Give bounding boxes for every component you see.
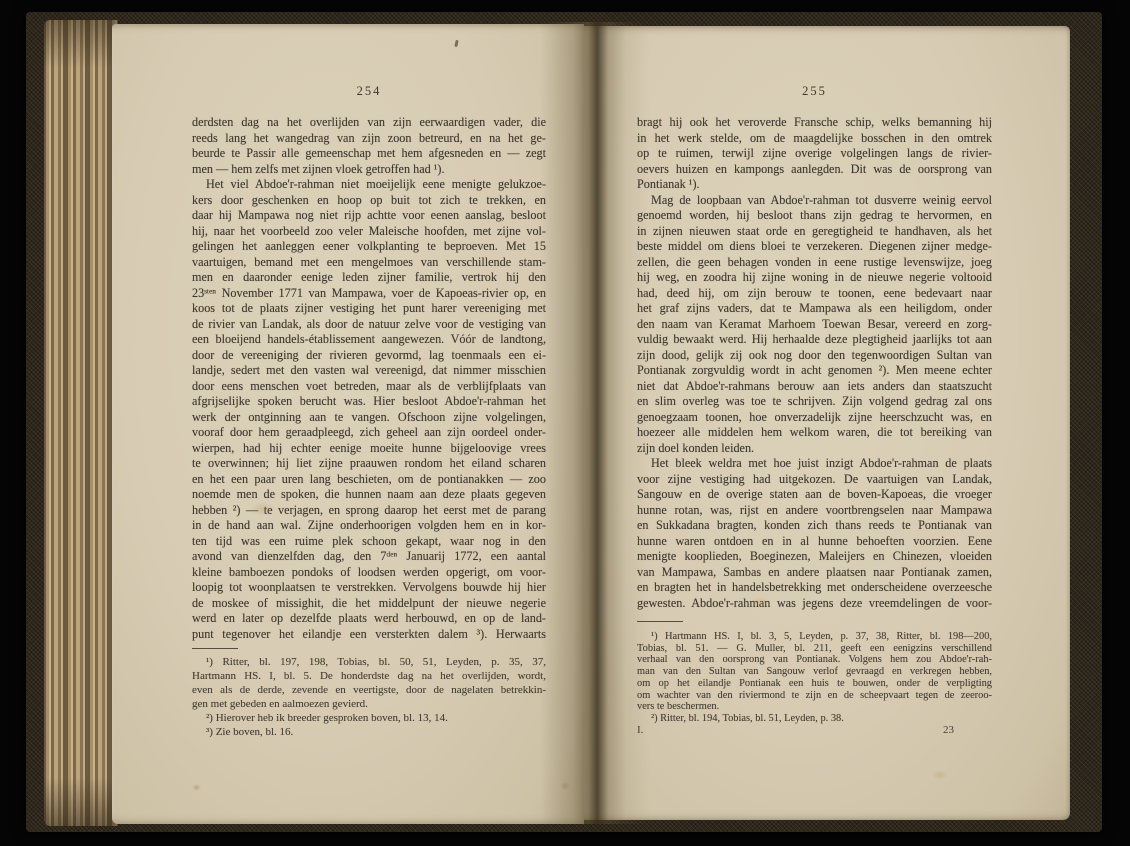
text-line: genoemd worden, hij besloot thans zijn g… [637,208,992,224]
right-page-number: 255 [637,84,992,99]
text-line: en slim overleg was toe te schrijven. Zi… [637,394,992,410]
signature-row: I. 23 [637,724,992,736]
text-line: afgrijselijke spoken berucht was. Hier b… [192,394,546,410]
text-line: het graf zijns vaders, dat te Mampawa al… [637,301,992,317]
text-line: de rivier van Landak, als door de natuur… [192,317,546,333]
text-line: even als de derde, zevende en veertigste… [192,683,546,697]
right-page-footnotes: ¹) Hartmann HS. I, bl. 3, 5, Leyden, p. … [637,631,992,725]
text-line: punt tegenover het eilandje een versterk… [192,627,546,643]
text-line: loopig tot woonplaatsen te verstrekken. … [192,580,546,596]
left-page-number: 254 [192,84,546,99]
text-line: had, deed hij, om zijn berouw te toonen,… [637,286,992,302]
text-line: gen met gebeden en aalmoezen gevierd. [192,697,546,711]
text-line: en bragten het in handelsbetrekking met … [637,580,992,596]
text-line: reeds lang het wangedrag van zijn zoon b… [192,131,546,147]
text-line: om op het eilandje Pontianak een huis te… [637,678,992,690]
text-line: oevers huizen en kampongs aanlegden. Dit… [637,162,992,178]
text-line: Tobias, bl. 51. — G. Muller, bl. 211, ge… [637,643,992,655]
text-line: avond van dienzelfden dag, den 7ᵈᵉⁿ Janu… [192,549,546,565]
text-line: zellen, die geen behagen vonden in eene … [637,255,992,271]
text-line: zijn doel konden leiden. [637,441,992,457]
text-line: zijn dood, gelijk zij ook nog door den t… [637,348,992,364]
text-line: verhaal van den oorsprong van Pontianak.… [637,654,992,666]
left-page-footnotes: ¹) Ritter, bl. 197, 198, Tobias, bl. 50,… [192,655,546,739]
left-page: 254 derdsten dag na het overlijden van z… [112,24,584,824]
text-line: en het een paar uren lang beschieten, om… [192,472,546,488]
text-line: hij, naar het voorbeeld zoo veler Maleis… [192,224,546,240]
text-line: man van den Sultan van Sangouw verlof ge… [637,666,992,678]
text-line: werd en later op dezelfde plaats werd he… [192,611,546,627]
text-line: vuldig bewaakt werd. Hij herhaalde deze … [637,332,992,348]
text-line: bragt hij ook het veroverde Fransche sch… [637,115,992,131]
text-line: Hartmann HS. I, bl. 5. De honderdste dag… [192,669,546,683]
text-line: ¹) Ritter, bl. 197, 198, Tobias, bl. 50,… [192,655,546,669]
text-line: Sangouw en de overige staten aan de bove… [637,487,992,503]
text-line: kers door geschenken en hoop op buit tot… [192,193,546,209]
text-line: om wachter van den riviermond te zijn en… [637,690,992,702]
page-stain [932,770,948,780]
text-line: werk der ontginning aan te vangen. Ofsch… [192,410,546,426]
text-line: den naam van Keramat Marhoem Toewan Besa… [637,317,992,333]
text-line: door eens menschen voet betreden, maar a… [192,379,546,395]
text-line: voor zijne vestiging had uitgekozen. De … [637,472,992,488]
text-line: hunne waren ontdoen en in al hunne behoe… [637,534,992,550]
text-line: in het werk stelde, om de maagdelijke bo… [637,131,992,147]
left-page-body-text: derdsten dag na het overlijden van zijn … [192,115,546,642]
text-line: derdsten dag na het overlijden van zijn … [192,115,546,131]
text-line: door de vereeniging der rivieren gevormd… [192,348,546,364]
text-line: Pontianak zorgvuldig wordt in acht genom… [637,363,992,379]
text-line: op te ruimen, terwijl zijne overige volg… [637,146,992,162]
text-line: menigte kooplieden, Boeginezen, Maleijer… [637,549,992,565]
text-line: in de hand aan wal. Zijne onderhoorigen … [192,518,546,534]
text-line: ¹) Hartmann HS. I, bl. 3, 5, Leyden, p. … [637,631,992,643]
text-line: hij weg, en zoodra hij zijne woning in d… [637,270,992,286]
volume-signature: I. [637,724,643,736]
text-line: in zijnen nieuwen staat orde en geregtig… [637,224,992,240]
text-line: 23ˢᵗᵉⁿ November 1771 van Mampawa, voer d… [192,286,546,302]
text-line: hoezeer alle middelen hem welkom waren, … [637,425,992,441]
right-page: 255 bragt hij ook het veroverde Fransche… [584,26,1070,820]
text-line: Het viel Abdoe'r-rahman niet moeijelijk … [192,177,546,193]
right-page-body-text: bragt hij ook het veroverde Fransche sch… [637,115,992,611]
text-line: Het bleek weldra met hoe juist inzigt Ab… [637,456,992,472]
text-line: ³) Zie boven, bl. 16. [192,725,546,739]
text-line: hebben ²) — te verjagen, en sprong daaro… [192,503,546,519]
text-line: kleine bamboezen pondoks of loodsen werd… [192,565,546,581]
page-fore-edge-stack [44,20,118,826]
page-stain [560,782,570,790]
text-line: gewesten. Abdoe'r-rahman was jegens deze… [637,596,992,612]
text-line: ten tijd was een ruime plek schoon gekap… [192,534,546,550]
text-line: landje, sedert met den vasten wal vereen… [192,363,546,379]
text-line: ²) Ritter, bl. 194, Tobias, bl. 51, Leyd… [637,713,992,725]
text-line: men — hem zelfs met zijnen vloek getroff… [192,162,546,178]
text-line: wierpen, had hij echter eenige moeite hu… [192,441,546,457]
page-stain [192,784,201,791]
left-footnote-rule [192,648,238,649]
text-line: vaartuigen, bemand met een mengelmoes va… [192,255,546,271]
text-line: gelingen het aanleggen eener volkplantin… [192,239,546,255]
text-line: vooraf door hem geraadpleegd, zich gehee… [192,425,546,441]
ink-speck [454,40,458,47]
text-line: ²) Hierover heb ik breeder gesproken bov… [192,711,546,725]
text-line: beurde te Passir alle gemeenschap met he… [192,146,546,162]
text-line: noemde men de spoken, die hunnen naam aa… [192,487,546,503]
right-footnote-rule [637,621,683,622]
text-line: Mag de loopbaan van Abdoe'r-rahman tot d… [637,193,992,209]
text-line: koos tot de plaats zijner vestiging het … [192,301,546,317]
text-line: niet dat Abdoe'r-rahmans berouw aan iets… [637,379,992,395]
text-line: van Mampawa, Sambas en andere plaatsen n… [637,565,992,581]
sheet-number: 23 [943,724,954,736]
text-line: daar hij Mampawa nog niet rijp achtte vo… [192,208,546,224]
text-line: te overwinnen; hij liet zijne praauwen r… [192,456,546,472]
text-line: Pontianak ¹). [637,177,992,193]
text-line: beste middel om diens bloei te verzekere… [637,239,992,255]
text-line: vers te beschermen. [637,701,992,713]
text-line: een bloeijend handels-établissement aang… [192,332,546,348]
text-line: genoegzaam toonen, hoe onverzadelijk zij… [637,410,992,426]
text-line: en Sukkadana bragten, konden zich thans … [637,518,992,534]
text-line: men en daaronder eenige leden zijner fam… [192,270,546,286]
text-line: de moskee of missighit, die het middelpu… [192,596,546,612]
text-line: hunne rotan, was, rijst en andere voortb… [637,503,992,519]
